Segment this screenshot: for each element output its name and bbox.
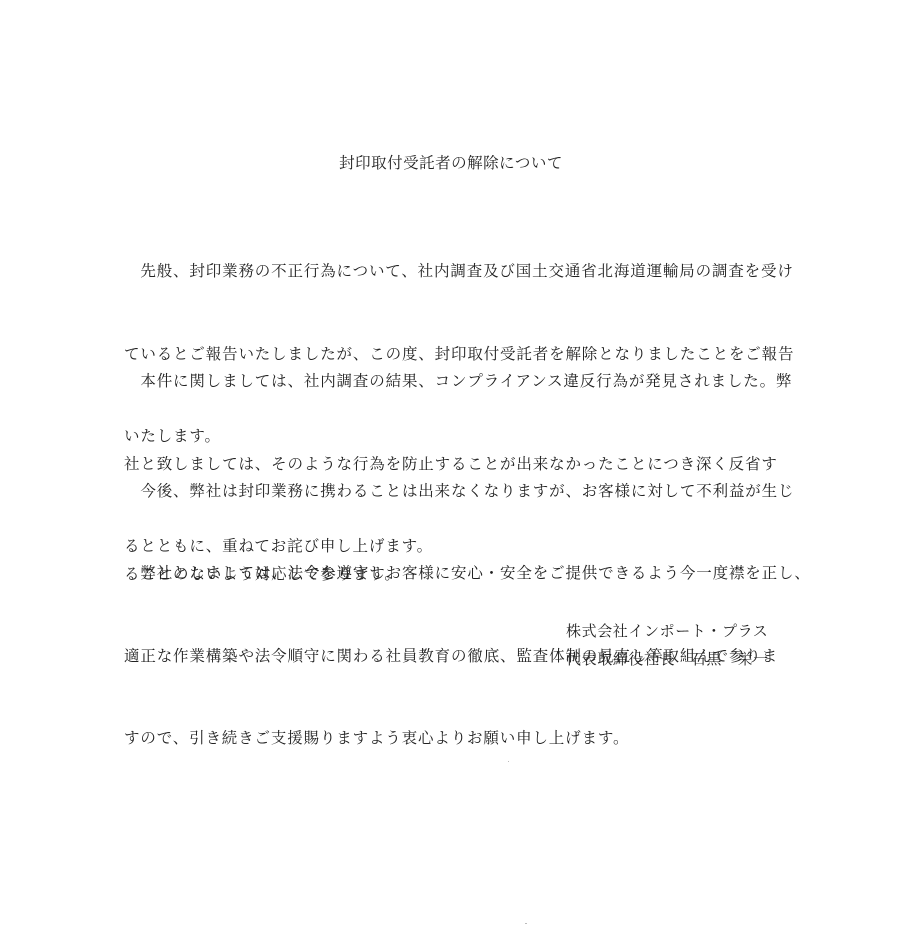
paragraph-line: 弊社としましては、法令を遵守しお客様に安心・安全をご提供できるよう今一度襟を正し… (124, 560, 800, 588)
signature-block: 株式会社インポート・プラス 代表取締役社長 石黒 栄一 (566, 618, 769, 673)
document-page: 封印取付受託者の解除について 先般、封印業務の不正行為について、社内調査及び国土… (0, 0, 902, 949)
representative-name: 代表取締役社長 石黒 栄一 (566, 646, 769, 674)
scan-speck (508, 761, 509, 762)
document-title: 封印取付受託者の解除について (0, 152, 902, 174)
company-name: 株式会社インポート・プラス (566, 618, 769, 646)
paragraph-line: 今後、弊社は封印業務に携わることは出来なくなりますが、お客様に対して不利益が生じ (124, 478, 800, 506)
paragraph-line: すので、引き続きご支援賜りますよう衷心よりお願い申し上げます。 (124, 725, 800, 753)
paragraph-line: 先般、封印業務の不正行為について、社内調査及び国土交通省北海道運輸局の調査を受け (124, 258, 800, 286)
scan-speck (525, 923, 527, 924)
paragraph-line: 本件に関しましては、社内調査の結果、コンプライアンス違反行為が発見されました。弊 (124, 368, 800, 396)
